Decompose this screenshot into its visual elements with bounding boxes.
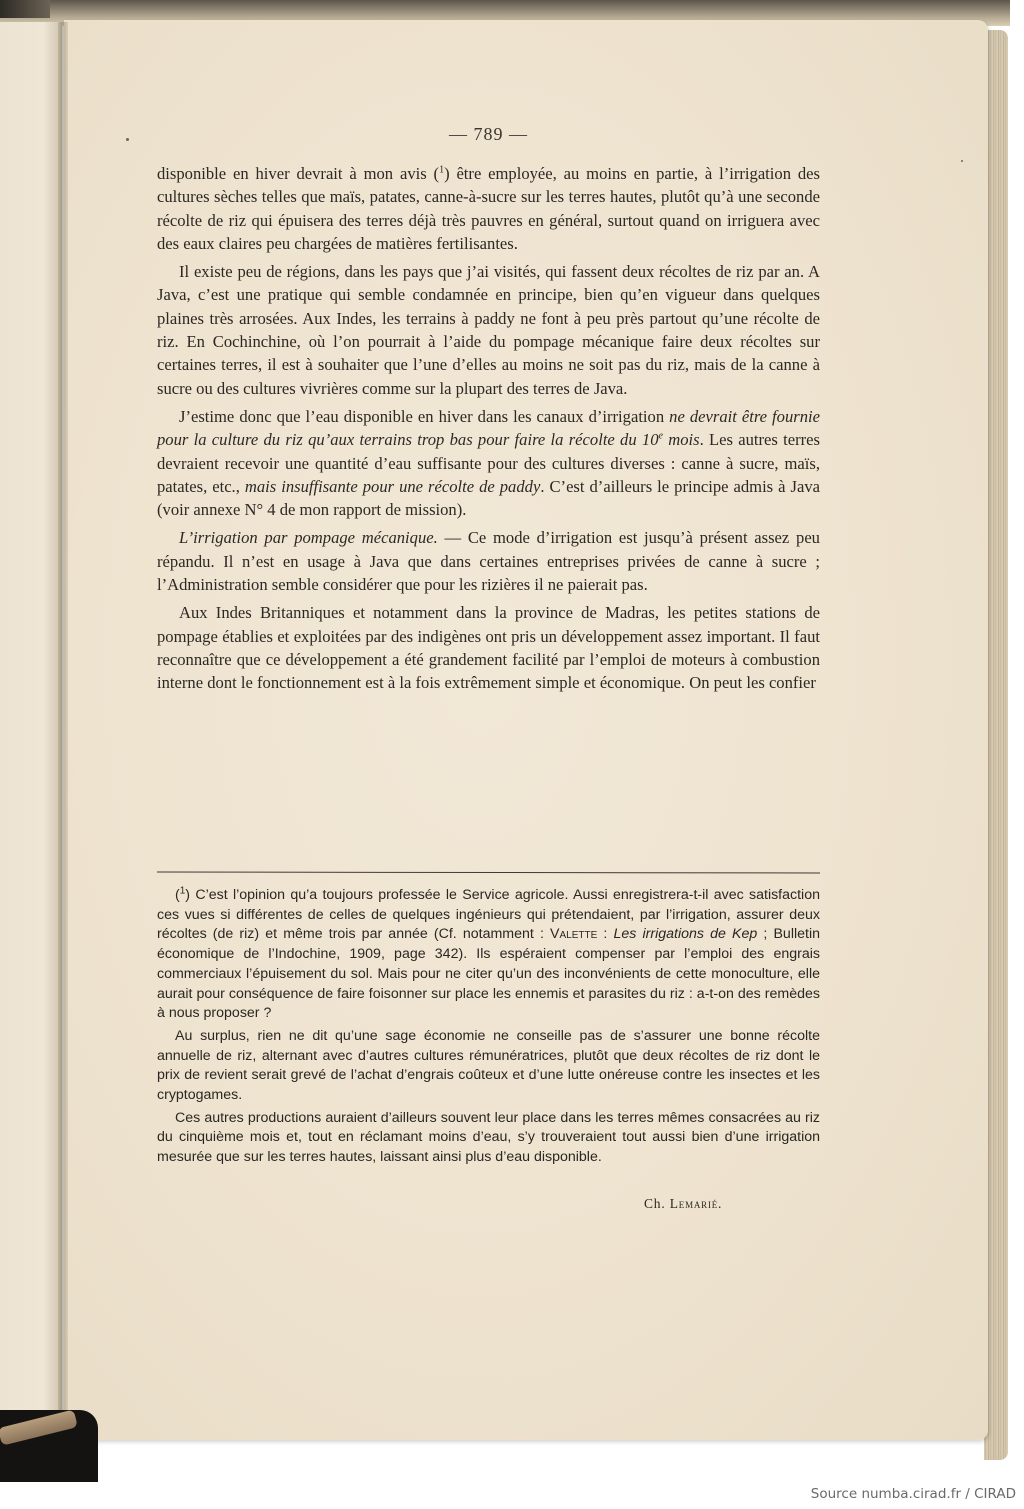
text-segment: Au surplus, rien ne dit qu’une sage écon… bbox=[157, 1028, 820, 1103]
text-segment: mois bbox=[663, 430, 700, 449]
document-viewer: — 789 — disponible en hiver devrait à mo… bbox=[0, 0, 1024, 1509]
text-segment: : bbox=[597, 926, 613, 942]
body-paragraph: disponible en hiver devrait à mon avis (… bbox=[157, 162, 820, 255]
text-segment: J’estime donc que l’eau disponible en hi… bbox=[179, 407, 669, 426]
text-segment: Ces autres productions auraient d’ailleu… bbox=[157, 1110, 820, 1165]
text-segment: Valette bbox=[550, 926, 597, 942]
footnote-paragraph: (1) C’est l’opinion qu’a toujours profes… bbox=[157, 886, 820, 1024]
text-segment: L’irrigation par pompage mécanique. bbox=[179, 528, 438, 547]
source-credit: Source numba.cirad.fr / CIRAD bbox=[811, 1486, 1016, 1502]
paper-speck bbox=[126, 138, 129, 141]
footnote-paragraph: Ces autres productions auraient d’ailleu… bbox=[157, 1109, 820, 1168]
text-segment: Aux Indes Britanniques et notamment dans… bbox=[157, 603, 820, 692]
body-paragraph: J’estime donc que l’eau disponible en hi… bbox=[157, 405, 820, 521]
text-segment: disponible en hiver devrait à mon avis ( bbox=[157, 164, 439, 183]
book-gutter bbox=[58, 22, 68, 1442]
page-number: — 789 — bbox=[157, 124, 820, 145]
paper-speck bbox=[961, 160, 963, 162]
signature-prefix: Ch. bbox=[644, 1196, 670, 1211]
text-segment: mais insuffisante pour une récolte de pa… bbox=[245, 477, 540, 496]
body-paragraph: Aux Indes Britanniques et notamment dans… bbox=[157, 601, 820, 694]
body-text: disponible en hiver devrait à mon avis (… bbox=[157, 162, 820, 700]
author-signature: Ch. Lemarié. bbox=[157, 1196, 820, 1212]
text-segment: Les irrigations de Kep bbox=[614, 926, 758, 942]
body-paragraph: L’irrigation par pompage mécanique. — Ce… bbox=[157, 526, 820, 596]
facing-page-edge bbox=[0, 22, 62, 1442]
footnotes: (1) C’est l’opinion qu’a toujours profes… bbox=[157, 886, 820, 1171]
binding-top-decoration bbox=[0, 0, 50, 18]
text-segment: Il existe peu de régions, dans les pays … bbox=[157, 262, 820, 397]
footnote-paragraph: Au surplus, rien ne dit qu’une sage écon… bbox=[157, 1027, 820, 1106]
signature-name: Lemarié. bbox=[670, 1196, 723, 1211]
body-paragraph: Il existe peu de régions, dans les pays … bbox=[157, 260, 820, 400]
